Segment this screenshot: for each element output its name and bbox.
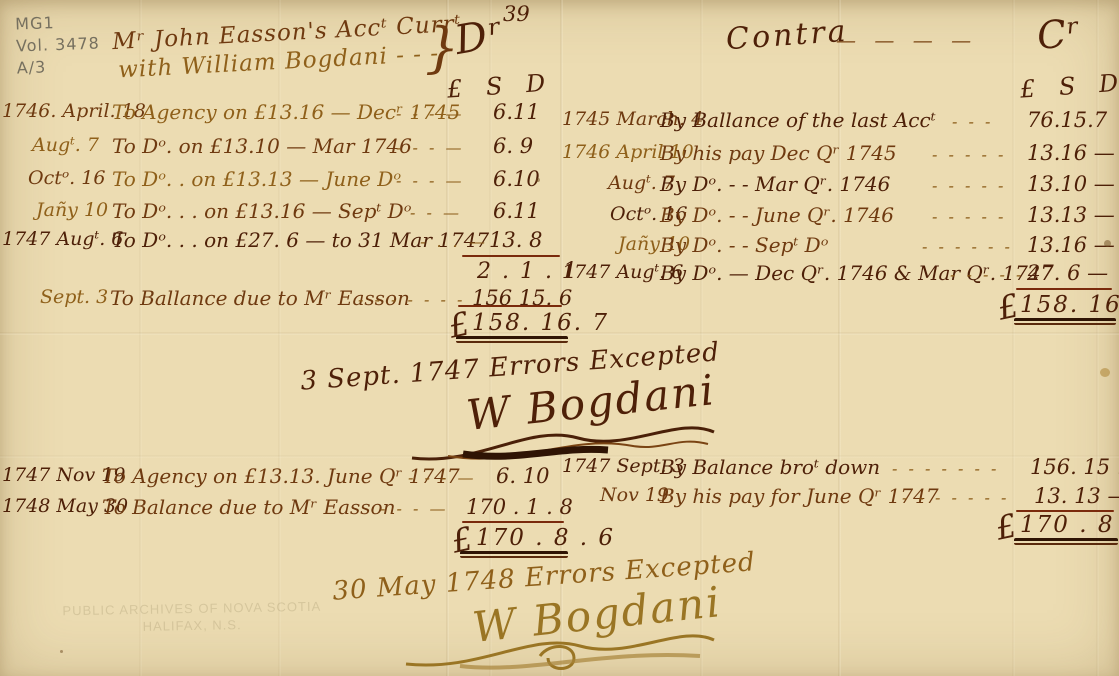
entry-date: Jañy 10 — [36, 199, 108, 221]
dash-leader: - . . — — [420, 232, 488, 251]
entry-amount: 6.11 — [493, 199, 540, 223]
ledger-row: 1747 Augᵗ. 6 By Dᵒ. — Dec Qʳ. 1746 & Mar… — [562, 261, 1119, 291]
dash-leader: - - - — [952, 112, 993, 131]
ledger-row: 1747 Nov 19 To Agency on £13.13. June Qʳ… — [0, 464, 560, 494]
total-rule — [1016, 288, 1112, 290]
entry-description: To Dᵒ. on £13.10 — Mar 1746 — [112, 134, 412, 158]
entry-amount: 13.16 — — [1027, 233, 1115, 257]
ledger-row: Augᵗ. 7 By Dᵒ. - - Mar Qʳ. 1746 - - - - … — [562, 172, 1119, 202]
entry-description: To Dᵒ. . . on £13.16 — Sepᵗ Dᵒ — [112, 199, 411, 223]
ledger-page: MG1 Vol. 3478 A/3 39 Mʳ John Easson's Ac… — [0, 0, 1119, 676]
total-amount: 158. 16. 7 — [472, 310, 609, 336]
debit-currency-header: £ S D — [446, 68, 554, 103]
total-double-rule — [456, 336, 568, 343]
total-rule — [462, 521, 564, 523]
entry-description: To Agency on £13.13. June Qʳ 1747 — [102, 464, 460, 488]
ledger-row: 1747 Sept. 3 By Balance broᵗ down - - - … — [562, 455, 1119, 485]
entry-description: To Dᵒ. . on £13.13 — June Dᵒ — [112, 167, 401, 191]
credit-side-label: Cʳ — [1035, 10, 1084, 58]
dash-leader: - - - - - — [950, 265, 1024, 284]
entry-description: By Dᵒ. - - June Qʳ. 1746 — [660, 203, 894, 227]
dash-leader: - - - — — [408, 468, 476, 487]
entry-amount: 170 . 1 . 8 — [466, 495, 573, 519]
total-rule — [458, 305, 562, 307]
ledger-row: Octᵒ. 16 To Dᵒ. . on £13.13 — June Dᵒ - … — [0, 167, 560, 197]
entry-description: To Balance due to Mʳ Easson — [102, 495, 395, 519]
dash-leader: - - - — — [396, 171, 464, 190]
dash-leader: - - - — — [380, 499, 448, 518]
entry-amount: 6.11 — [493, 100, 540, 124]
dash-leader: - - - — — [396, 104, 464, 123]
ledger-row: Jañy 10 To Dᵒ. . . on £13.16 — Sepᵗ Dᵒ -… — [0, 199, 560, 229]
dash-leader: - - - - - — [932, 176, 1006, 195]
entry-amount: 6.10 — [493, 167, 540, 191]
dash-leader: - - - - - - - — [902, 488, 1009, 507]
dash-leader: - - - - - — [932, 145, 1006, 164]
total-amount: 170 . 8 . 6 — [476, 525, 615, 551]
dash-leader: - - — — [410, 203, 462, 222]
entry-amount: 13. 13 — — [1034, 484, 1119, 508]
entry-date: 1747 Augᵗ. 6 — [2, 228, 123, 250]
entry-amount: 13.13 — — [1027, 203, 1115, 227]
entry-amount: 156. 15 . 6 — [1030, 455, 1119, 479]
ledger-row: Octᵒ. 16 By Dᵒ. - - June Qʳ. 1746 - - - … — [562, 203, 1119, 233]
entry-amount: 76.15.7 — [1027, 108, 1107, 132]
ledger-row: 1746. April. 18 To Agency on £13.16 — De… — [0, 100, 560, 130]
fold-crease — [838, 0, 841, 676]
ledger-row: 1746 April 10 By his pay Dec Qʳ 1745 - -… — [562, 141, 1119, 171]
ledger-row: Augᵗ. 7 To Dᵒ. on £13.10 — Mar 1746 - - … — [0, 134, 560, 164]
entry-description: By his pay Dec Qʳ 1745 — [660, 141, 897, 165]
dash-leader: - - - — — [396, 138, 464, 157]
dash-leader: - - - - - — [932, 207, 1006, 226]
fold-crease — [1096, 0, 1099, 676]
archival-marks: MG1 Vol. 3478 A/3 — [15, 11, 101, 80]
entry-date: Sept. 3 — [40, 286, 108, 308]
entry-amount: 13. 8 — [489, 228, 542, 252]
entry-amount: 6. 10 — [496, 464, 549, 488]
dash-leader: - - - - - - — [922, 237, 1013, 256]
archival-mark-item: A/3 — [16, 55, 101, 80]
debit-side-label: Dʳ — [451, 10, 508, 64]
entry-amount: 13.16 — — [1027, 141, 1115, 165]
entry-date: Nov 19 — [600, 484, 669, 506]
entry-description: By Dᵒ. - - Sepᵗ Dᵒ — [660, 233, 828, 257]
credit-title-dashes: — — — — — [836, 28, 977, 52]
total-double-rule — [1014, 538, 1118, 545]
subtotal-rule — [462, 255, 560, 257]
credit-title: Contra — [725, 14, 850, 57]
archival-mark-collection: MG1 — [15, 11, 100, 36]
dash-leader: - - - - - - - — [892, 459, 999, 478]
ledger-row: 1747 Augᵗ. 6 To Dᵒ. . . on £27. 6 — to 3… — [0, 228, 560, 258]
ledger-row: 1745 March. 4 By Ballance of the last Ac… — [562, 108, 1119, 138]
ledger-row: Jañy 10 By Dᵒ. - - Sepᵗ Dᵒ - - - - - - 1… — [562, 233, 1119, 263]
dash-leader: - - - - - - - — [358, 290, 465, 309]
credit-currency-header: £ S D — [1019, 68, 1119, 103]
entry-description: By his pay for June Qʳ 1747 — [660, 484, 939, 508]
total-double-rule — [460, 551, 568, 558]
entry-amount: 13.10 — — [1027, 172, 1115, 196]
entry-description: By Balance broᵗ down — [660, 455, 880, 479]
archive-stamp: PUBLIC ARCHIVES OF NOVA SCOTIA HALIFAX, … — [62, 598, 323, 637]
entry-amount: 6. 9 — [493, 134, 533, 158]
page-number: 39 — [503, 2, 530, 26]
total-double-rule — [1014, 318, 1116, 325]
total-amount: 170 . 8 .. 6 — [1020, 512, 1119, 538]
total-amount: 158. 16 . 7 — [1020, 292, 1119, 318]
entry-date: Augᵗ. 7 — [32, 134, 99, 156]
entry-description: By Ballance of the last Accᵗ — [660, 108, 936, 132]
archival-mark-volume: Vol. 3478 — [16, 33, 101, 58]
entry-description: By Dᵒ. - - Mar Qʳ. 1746 — [660, 172, 890, 196]
entry-date: Octᵒ. 16 — [28, 167, 105, 189]
entry-amount: 27. 6 — — [1027, 261, 1108, 285]
fold-crease — [1012, 0, 1015, 676]
